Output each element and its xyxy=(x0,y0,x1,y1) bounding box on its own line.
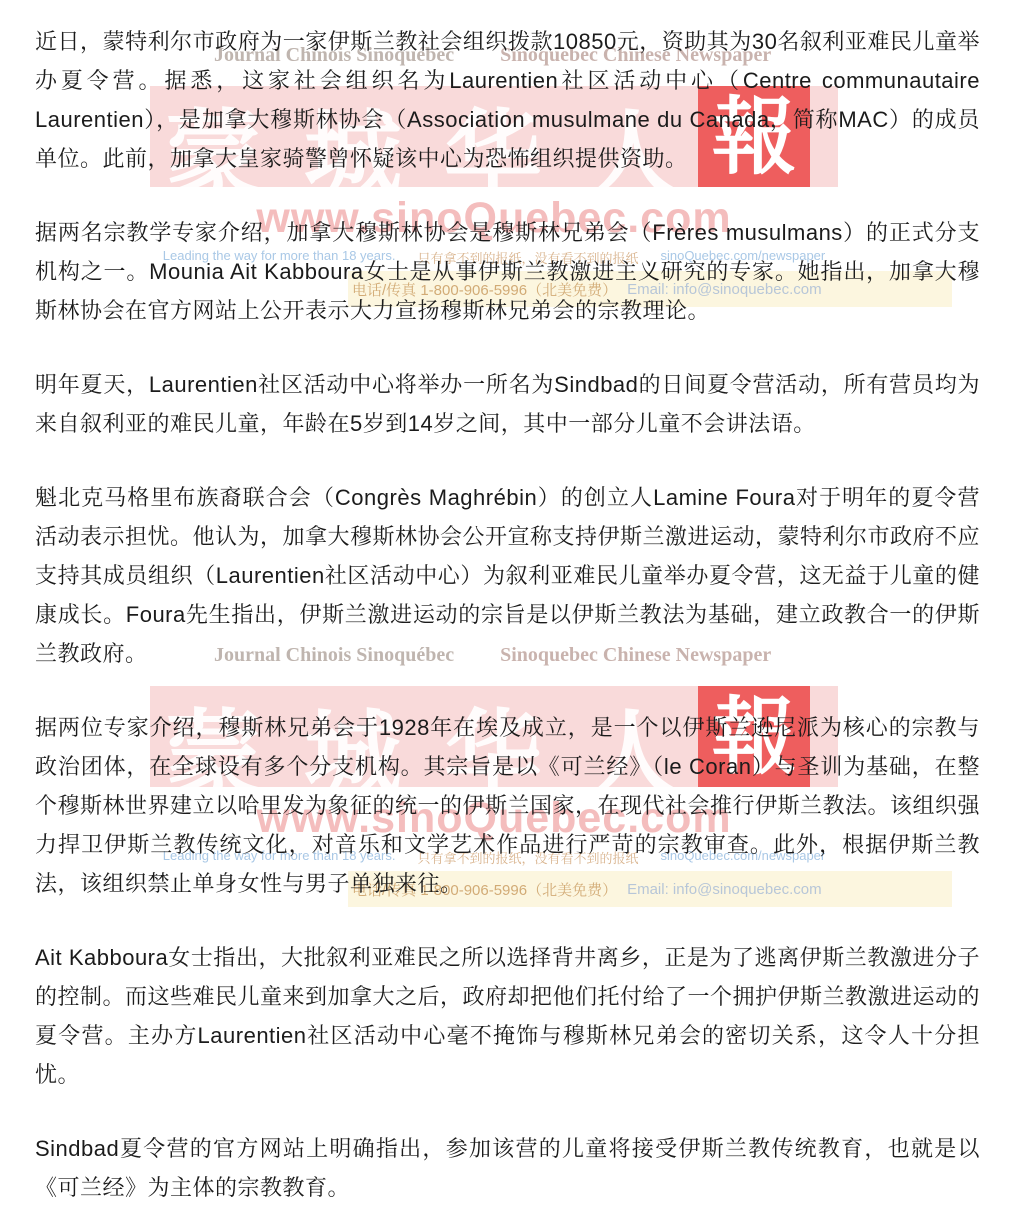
article-page: Journal Chinois Sinoquébec Sinoquebec Ch… xyxy=(0,0,1016,1227)
article-paragraph: 明年夏天，Laurentien社区活动中心将举办一所名为Sindbad的日间夏令… xyxy=(35,365,980,443)
article-paragraph: 据两名宗教学专家介绍，加拿大穆斯林协会是穆斯林兄弟会（Frères musulm… xyxy=(35,213,980,330)
article-paragraph: 据两位专家介绍，穆斯林兄弟会于1928年在埃及成立，是一个以伊斯兰逊尼派为核心的… xyxy=(35,708,980,903)
article-paragraph: 魁北克马格里布族裔联合会（Congrès Maghrébin）的创立人Lamin… xyxy=(35,478,980,673)
article-body: 近日，蒙特利尔市政府为一家伊斯兰教社会组织拨款10850元，资助其为30名叙利亚… xyxy=(0,0,1016,1207)
article-paragraph: Sindbad夏令营的官方网站上明确指出，参加该营的儿童将接受伊斯兰教传统教育，… xyxy=(35,1129,980,1207)
article-paragraph: 近日，蒙特利尔市政府为一家伊斯兰教社会组织拨款10850元，资助其为30名叙利亚… xyxy=(35,22,980,178)
article-paragraph: Ait Kabboura女士指出，大批叙利亚难民之所以选择背井离乡，正是为了逃离… xyxy=(35,938,980,1094)
